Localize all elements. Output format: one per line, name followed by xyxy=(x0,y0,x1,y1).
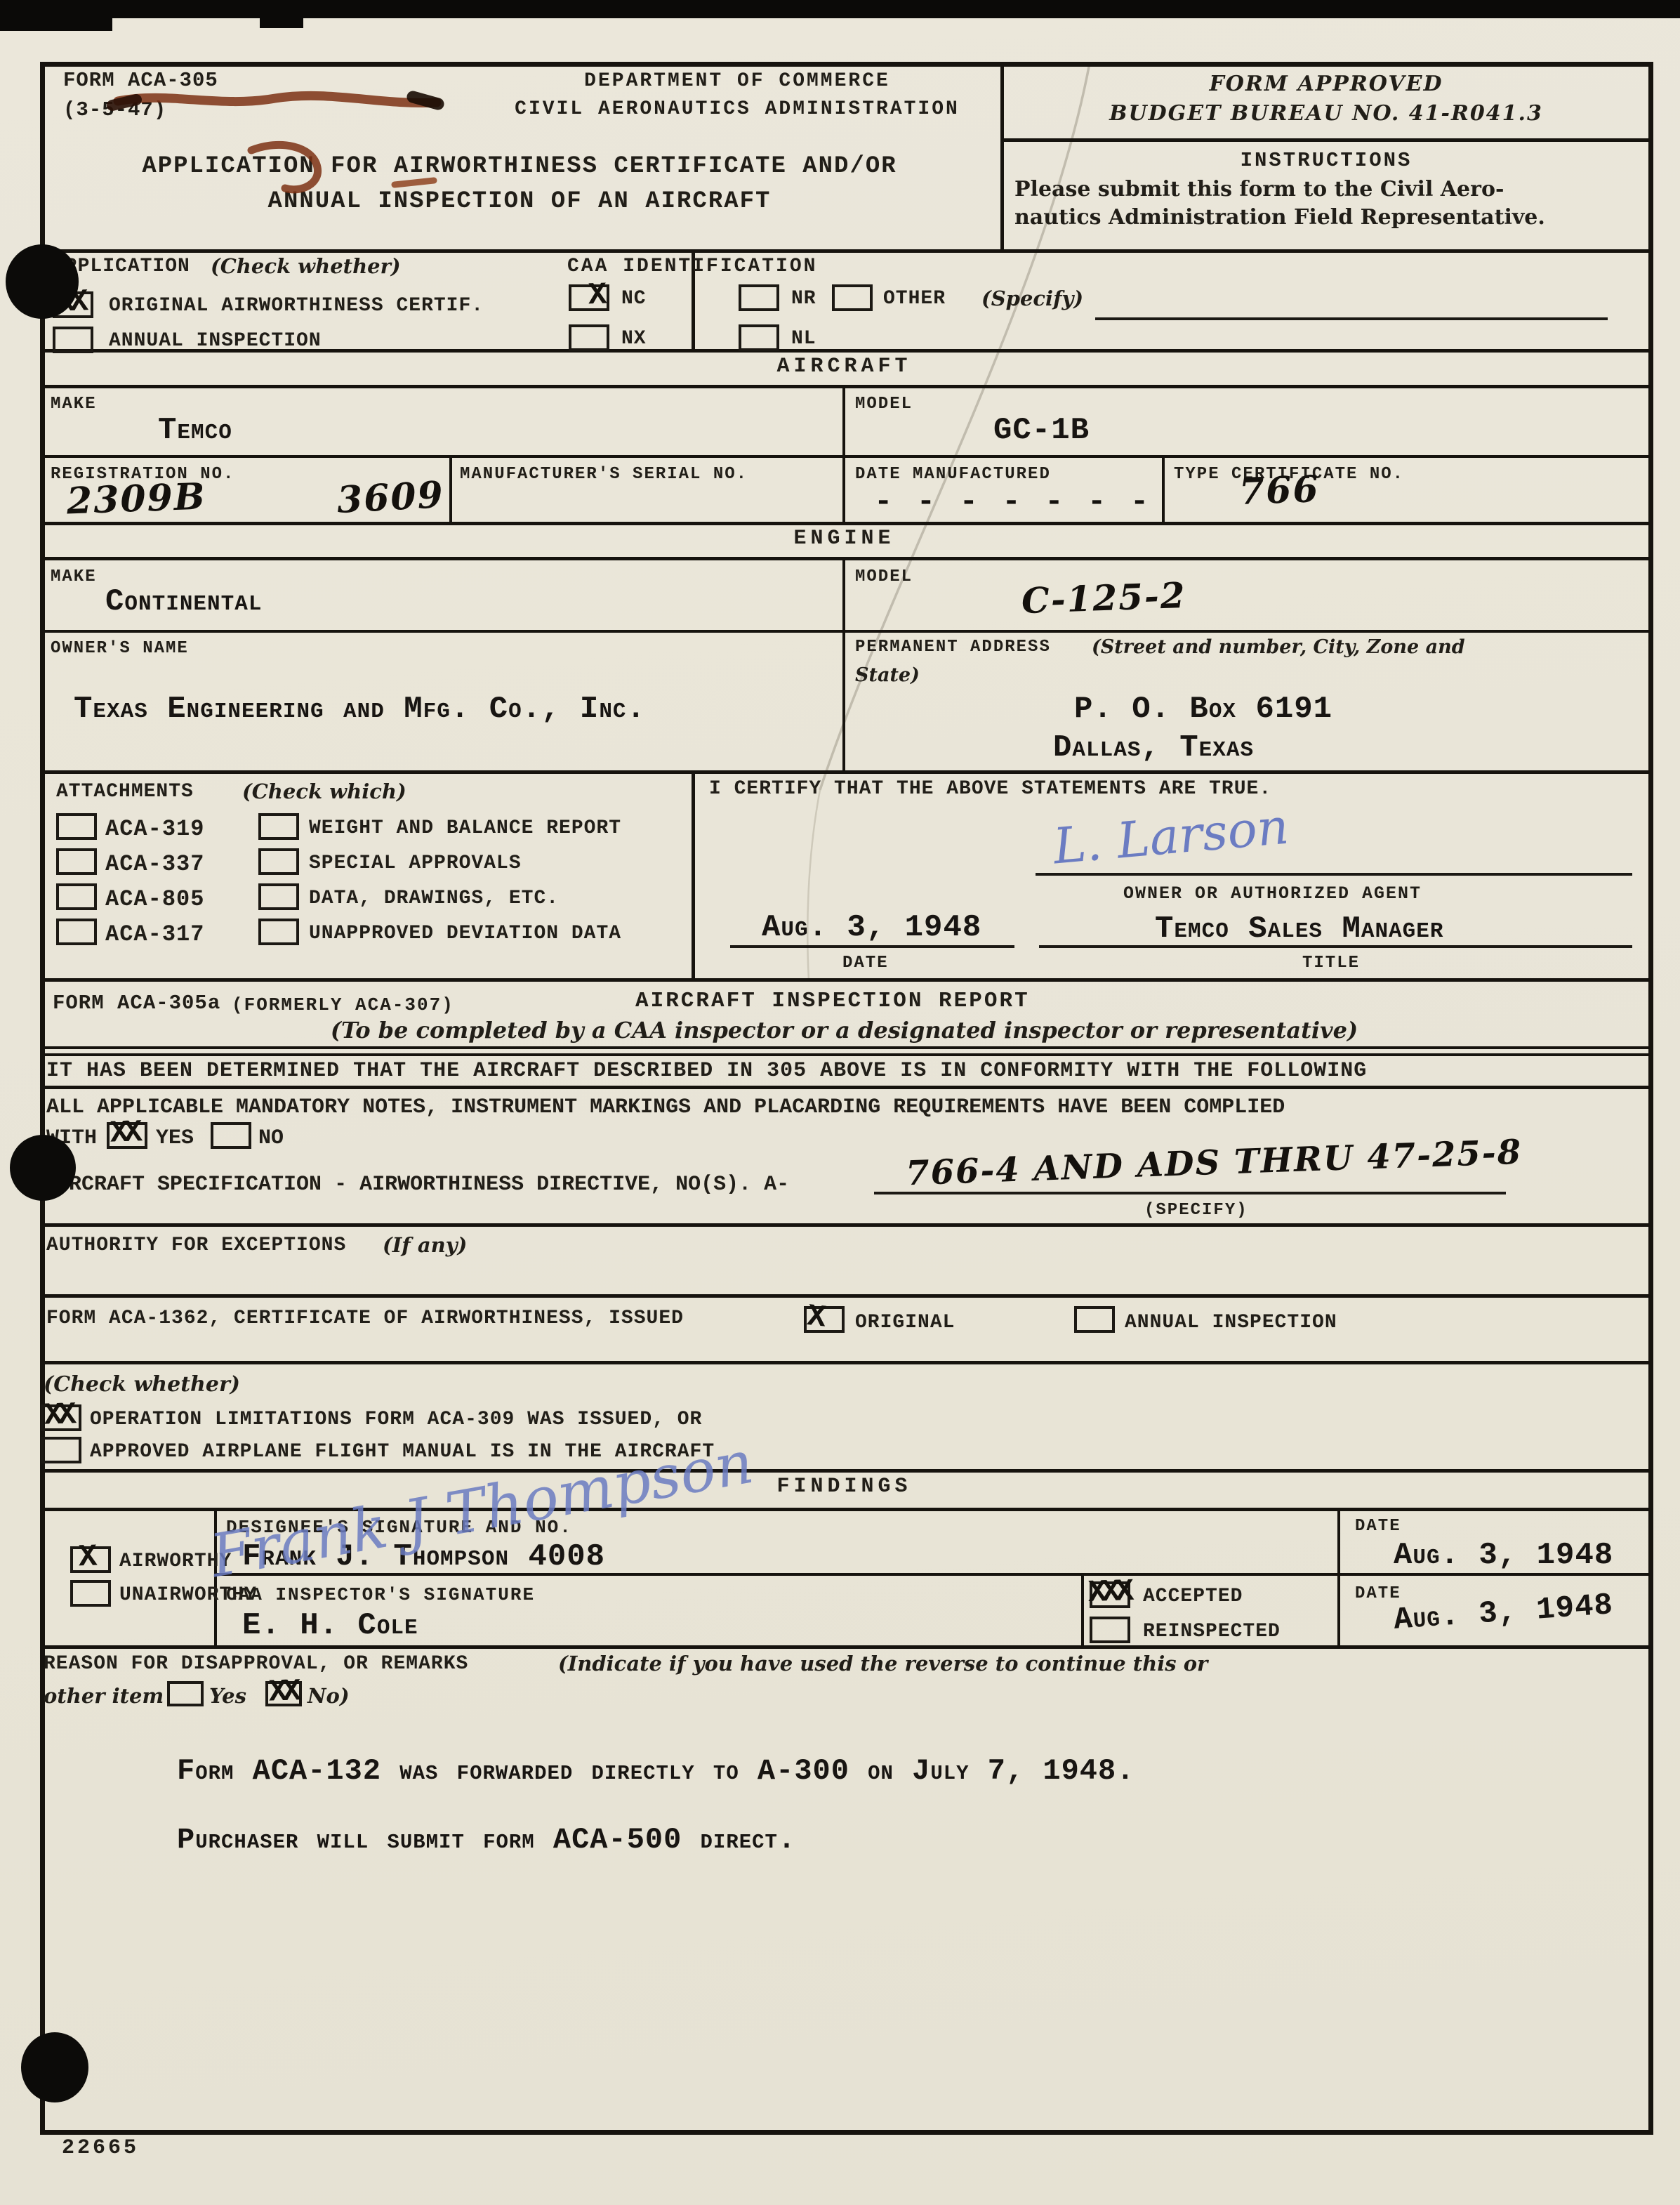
checkbox-nx[interactable] xyxy=(569,324,609,351)
owner-name-value: Texas Engineering and Mfg. Co., Inc. xyxy=(74,692,646,727)
hole-punch-top xyxy=(6,244,79,319)
divider xyxy=(40,1645,1648,1649)
certify-title-value: Temco Sales Manager xyxy=(1155,911,1443,947)
remarks-note-line2: other item xyxy=(44,1684,164,1708)
checkbox-data-drawings[interactable] xyxy=(258,883,299,910)
operation-limitations-label: OPERATION LIMITATIONS FORM ACA-309 WAS I… xyxy=(90,1409,702,1430)
aircraft-model-label: MODEL xyxy=(855,395,913,414)
checkbox-nl[interactable] xyxy=(739,324,779,351)
divider xyxy=(842,630,845,773)
instructions-line1: Please submit this form to the Civil Aer… xyxy=(1014,177,1504,202)
divider xyxy=(40,1086,1648,1089)
divider xyxy=(40,1053,1648,1056)
inspection-form-number: FORM ACA-305a xyxy=(53,992,220,1015)
page-serial-number: 22665 xyxy=(62,2136,139,2160)
inspection-formerly: (FORMERLY ACA-307) xyxy=(232,994,454,1015)
checkbox-nr[interactable] xyxy=(739,284,779,311)
owner-name-label: OWNER'S NAME xyxy=(51,639,189,658)
attachment-form-label: ACA-805 xyxy=(105,886,204,912)
signature-line[interactable] xyxy=(1036,873,1632,876)
option-nc: NC xyxy=(621,288,647,310)
divider xyxy=(1337,1508,1340,1648)
address-line2: Dallas, Texas xyxy=(1053,730,1254,765)
check-whether-note: (Check whether) xyxy=(44,1372,240,1397)
aircraft-make-value: Temco xyxy=(158,413,232,448)
registration-value: 2309B xyxy=(66,475,207,523)
divider xyxy=(842,557,845,633)
date-manufactured-label: DATE MANUFACTURED xyxy=(855,465,1051,484)
accepted-label: ACCEPTED xyxy=(1143,1586,1243,1607)
engine-section-title: ENGINE xyxy=(40,527,1648,551)
checkbox-mark: XX xyxy=(44,1400,72,1431)
instructions-title: INSTRUCTIONS xyxy=(1004,149,1648,172)
checkbox-compliance-yes[interactable]: XX xyxy=(107,1122,147,1149)
attachment-doc-label: DATA, DRAWINGS, ETC. xyxy=(309,888,559,909)
compliance-no-label: NO xyxy=(258,1126,284,1150)
determination-text: IT HAS BEEN DETERMINED THAT THE AIRCRAFT… xyxy=(46,1059,1367,1083)
checkbox-aca-805[interactable] xyxy=(56,883,97,910)
scan-edge-top-left xyxy=(0,0,112,31)
remarks-line1: Form ACA-132 was forwarded directly to A… xyxy=(177,1754,1135,1788)
divider xyxy=(842,385,845,458)
checkbox-aca-319[interactable] xyxy=(56,813,97,840)
remarks-line2: Purchaser will submit form ACA-500 direc… xyxy=(177,1823,796,1857)
remarks-note-line1: (Indicate if you have used the reverse t… xyxy=(558,1652,1208,1676)
inspector-signature-label: CAA INSPECTOR'S SIGNATURE xyxy=(226,1584,535,1605)
divider xyxy=(449,455,452,525)
instructions-line2: nautics Administration Field Representat… xyxy=(1014,205,1545,230)
divider xyxy=(1000,138,1648,142)
checkbox-accepted[interactable]: XXX xyxy=(1090,1581,1130,1608)
scan-edge-notch xyxy=(260,14,303,28)
spec-line[interactable] xyxy=(874,1192,1506,1194)
checkbox-annual-inspection[interactable] xyxy=(53,327,93,353)
divider xyxy=(692,770,695,981)
serial-value: 3609 xyxy=(336,473,446,522)
divider xyxy=(40,1046,1648,1049)
certify-title-label: TITLE xyxy=(1302,954,1360,973)
divider xyxy=(40,978,1648,982)
certify-statement: I CERTIFY THAT THE ABOVE STATEMENTS ARE … xyxy=(709,778,1271,800)
option-other: OTHER xyxy=(883,288,946,310)
inspection-title: AIRCRAFT INSPECTION REPORT xyxy=(635,989,1030,1013)
option-other-note: (Specify) xyxy=(981,287,1083,310)
checkbox-mark: XXX xyxy=(1087,1577,1130,1609)
option-nr: NR xyxy=(791,288,816,310)
option-original-airworthiness: ORIGINAL AIRWORTHINESS CERTIF. xyxy=(109,295,484,317)
divider xyxy=(40,1294,1648,1298)
attachment-doc-label: SPECIAL APPROVALS xyxy=(309,853,522,874)
checkbox-weight-balance[interactable] xyxy=(258,813,299,840)
checkbox-remarks-yes[interactable] xyxy=(167,1681,204,1706)
remarks-no-label: No) xyxy=(307,1684,350,1708)
findings-date1-label: DATE xyxy=(1355,1517,1401,1536)
hole-punch-middle xyxy=(10,1135,76,1201)
divider xyxy=(40,1361,1648,1364)
inspector-typed-name: E. H. Cole xyxy=(242,1608,418,1643)
compliance-line1: ALL APPLICABLE MANDATORY NOTES, INSTRUME… xyxy=(46,1095,1285,1119)
aircraft-model-value: GC-1B xyxy=(993,413,1090,448)
remarks-yes-label: Yes xyxy=(209,1684,246,1708)
option-annual-inspection: ANNUAL INSPECTION xyxy=(109,330,322,352)
checkbox-nc[interactable]: X xyxy=(569,284,609,311)
caa-identification-label: CAA IDENTIFICATION xyxy=(567,256,817,277)
date-line[interactable] xyxy=(730,945,1014,948)
remarks-label: REASON FOR DISAPPROVAL, OR REMARKS xyxy=(44,1653,468,1675)
inspection-subtitle: (To be completed by a CAA inspector or a… xyxy=(40,1017,1648,1044)
checkbox-original[interactable]: X xyxy=(804,1306,845,1333)
checkbox-operation-limitations[interactable]: XX xyxy=(41,1404,81,1431)
address-line1: P. O. Box 6191 xyxy=(1074,692,1332,727)
aircraft-section-title: AIRCRAFT xyxy=(40,355,1648,379)
divider xyxy=(40,249,1648,253)
aca1362-original-label: ORIGINAL xyxy=(855,1312,955,1334)
other-specify-line[interactable] xyxy=(1095,317,1608,320)
attachments-note: (Check which) xyxy=(242,779,406,803)
divider xyxy=(40,1469,1648,1473)
engine-make-label: MAKE xyxy=(51,567,97,586)
form-title-line2: ANNUAL INSPECTION OF AN AIRCRAFT xyxy=(63,188,976,215)
attachment-form-label: ACA-317 xyxy=(105,921,204,947)
certify-date-label: DATE xyxy=(842,954,889,973)
option-nl: NL xyxy=(791,328,816,350)
checkbox-reinspected[interactable] xyxy=(1090,1617,1130,1643)
attachments-label: ATTACHMENTS xyxy=(56,781,194,803)
checkbox-mark: X xyxy=(588,280,602,312)
engine-make-value: Continental xyxy=(105,584,262,619)
type-certificate-value: 766 xyxy=(1238,468,1321,513)
reinspected-label: REINSPECTED xyxy=(1143,1621,1281,1643)
checkbox-remarks-no[interactable]: XX xyxy=(265,1681,302,1706)
certify-date-value: Aug. 3, 1948 xyxy=(762,910,981,945)
checkbox-aca-337[interactable] xyxy=(56,848,97,875)
checkbox-annual-inspection-1362[interactable] xyxy=(1074,1306,1115,1333)
hole-punch-bottom xyxy=(21,2032,88,2102)
form-revision: (3-5-47) xyxy=(63,98,166,121)
checkbox-aca-317[interactable] xyxy=(56,919,97,945)
divider xyxy=(842,455,845,525)
serial-label: MANUFACTURER'S SERIAL NO. xyxy=(460,465,748,484)
attachment-form-label: ACA-337 xyxy=(105,851,204,877)
attachment-doc-label: WEIGHT AND BALANCE REPORT xyxy=(309,817,621,839)
aca1362-annual-label: ANNUAL INSPECTION xyxy=(1125,1312,1337,1334)
compliance-yes-label: YES xyxy=(156,1126,194,1150)
spec-label: AIRCRAFT SPECIFICATION - AIRWORTHINESS D… xyxy=(44,1173,789,1197)
engine-model-value: C-125-2 xyxy=(1021,574,1186,621)
checkbox-unairworthy[interactable] xyxy=(70,1580,111,1607)
authority-label: AUTHORITY FOR EXCEPTIONS xyxy=(46,1235,346,1256)
application-note: (Check whether) xyxy=(211,254,401,278)
signer-label: OWNER OR AUTHORIZED AGENT xyxy=(1123,883,1422,904)
findings-section-title: FINDINGS xyxy=(40,1475,1648,1499)
specify-label: (SPECIFY) xyxy=(1144,1201,1248,1220)
divider xyxy=(40,1223,1648,1227)
checkbox-compliance-no[interactable] xyxy=(211,1122,251,1149)
option-nx: NX xyxy=(621,328,647,350)
checkbox-mark: X xyxy=(806,1301,823,1334)
checkbox-mark: X xyxy=(78,1542,93,1574)
attachment-form-label: ACA-319 xyxy=(105,816,204,842)
form-title-line1: APPLICATION FOR AIRWORTHINESS CERTIFICAT… xyxy=(63,153,976,180)
address-note2: State) xyxy=(855,664,920,686)
scanned-form-page: FORM ACA-305 (3-5-47) DEPARTMENT OF COMM… xyxy=(0,0,1680,2205)
form-approved-line2: BUDGET BUREAU NO. 41-R041.3 xyxy=(1004,101,1648,126)
divider xyxy=(1162,455,1165,525)
divider xyxy=(1081,1573,1084,1648)
checkbox-airworthy[interactable]: X xyxy=(70,1546,111,1573)
checkbox-mark: XX xyxy=(268,1676,296,1708)
date-manufactured-value: - - - - - - - xyxy=(874,485,1151,520)
checkbox-other[interactable] xyxy=(832,284,873,311)
address-note1: (Street and number, City, Zone and xyxy=(1092,636,1465,658)
form-approved-line1: FORM APPROVED xyxy=(1004,72,1648,96)
authority-note: (If any) xyxy=(383,1233,467,1257)
checkbox-flight-manual[interactable] xyxy=(41,1437,81,1463)
form-number: FORM ACA-305 xyxy=(63,69,218,92)
scan-edge-top xyxy=(0,0,1680,18)
checkbox-unapproved-deviation[interactable] xyxy=(258,919,299,945)
attachment-doc-label: UNAPPROVED DEVIATION DATA xyxy=(309,923,621,944)
address-label: PERMANENT ADDRESS xyxy=(855,638,1051,657)
aircraft-make-label: MAKE xyxy=(51,395,97,414)
engine-model-label: MODEL xyxy=(855,567,913,586)
aca1362-label: FORM ACA-1362, CERTIFICATE OF AIRWORTHIN… xyxy=(46,1308,684,1329)
findings-date1-value: Aug. 3, 1948 xyxy=(1394,1538,1613,1573)
checkbox-mark: XX xyxy=(110,1117,138,1149)
findings-date2-label: DATE xyxy=(1355,1584,1401,1603)
checkbox-special-approvals[interactable] xyxy=(258,848,299,875)
